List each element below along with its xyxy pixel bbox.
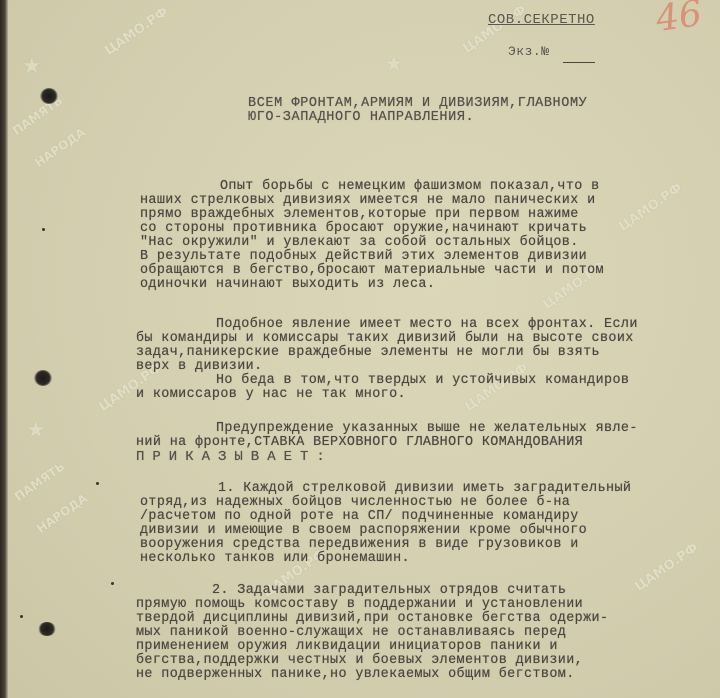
title-line: ВСЕМ ФРОНТАМ,АРМИЯМ И ДИВИЗИЯМ,ГЛАВНОМУ — [248, 97, 587, 111]
paragraph1-line: наших стрелковых дивизиях имеется не мал… — [140, 194, 596, 208]
item2-line: применением оружия ликвидации инициаторо… — [136, 640, 558, 654]
punch-hole — [40, 88, 58, 104]
copy-number-blank — [563, 62, 595, 63]
paragraph1-line: В результате подобных действий этих элем… — [140, 250, 587, 264]
paragraph1-line: обращаются в бегство,бросают материальны… — [140, 264, 604, 278]
item2-line: твердой дисциплины дивизий,при остановке… — [136, 612, 608, 626]
watermark-pamyat-naroda: ПАМЯТЬ НАРОДА — [0, 439, 105, 558]
title-line: ЮГО-ЗАПАДНОГО НАПРАВЛЕНИЯ. — [248, 111, 474, 125]
watermark-camo: ЦАМО.РФ — [616, 180, 685, 234]
item1-line: дивизии и имеющие в своем распоряжении к… — [140, 524, 587, 538]
copy-number-label: Экз.№ — [508, 44, 550, 59]
scan-left-edge — [0, 0, 8, 698]
star-icon: ★ — [384, 52, 404, 77]
star-icon: ★ — [26, 418, 46, 443]
document-page: ЦАМО.РФ ЦАМО.РФ ЦАМО.РФ ЦАМО.РФ ЦАМО.РФ … — [8, 0, 720, 698]
item2-line: 2. Задачами заградительных отрядов счита… — [212, 584, 566, 598]
watermark-camo: ЦАМО.РФ — [102, 4, 171, 58]
paragraph1-line: со стороны противника бросают оружие,нач… — [140, 222, 587, 236]
item1-line: 1. Каждой стрелковой дивизии иметь загра… — [218, 482, 631, 496]
item1-line: отряд,из надежных бойцов численностью не… — [140, 496, 570, 510]
paragraph1-line: прямо враждебных элементов,которые при п… — [140, 208, 579, 222]
speck — [20, 615, 23, 618]
item2-line: бегства,поддержки честных и боевых элеме… — [136, 654, 583, 668]
punch-hole — [34, 370, 52, 386]
paragraph2-line: задач,паникерские враждебные элементы не… — [136, 346, 600, 360]
paragraph4-line: ний на фронте,СТАВКА ВЕРХОВНОГО ГЛАВНОГО… — [136, 436, 583, 450]
item1-line: вооружения средства передвижения в виде … — [140, 538, 579, 552]
paragraph3-line: и комиссаров у нас не так много. — [136, 388, 406, 402]
item1-line: /расчетом по одной роте на СП/ подчиненн… — [140, 510, 579, 524]
speck — [42, 228, 45, 231]
paragraph3-line: Но беда в том,что твердых и устойчивых к… — [216, 374, 629, 388]
paragraph2-line: бы командиры и комиссары таких дивизий б… — [136, 332, 634, 346]
paragraph4-line: Предупреждение указанных выше не желател… — [216, 422, 638, 436]
item2-line: не подверженных панике,но увлекаемых общ… — [136, 668, 575, 682]
speck — [111, 582, 114, 585]
item2-line: прямую помощь комсоставу в поддержании и… — [136, 598, 583, 612]
classification-stamp: СОВ.СЕКРЕТНО — [488, 12, 595, 28]
paragraph2-line: Подобное явление имеет место на всех фро… — [216, 318, 638, 332]
paragraph1-line: Опыт борьбы с немецким фашизмом показал,… — [220, 180, 600, 194]
paragraph1-line: одиночки начинают выходить из леса. — [140, 278, 435, 292]
watermark-camo: ЦАМО.РФ — [632, 540, 701, 594]
paragraph1-line: "Нас окружили" и увлекают за собой остал… — [140, 236, 579, 250]
star-icon: ★ — [22, 54, 42, 79]
paragraph2-line: верх в дивизии. — [136, 360, 263, 374]
sheet-number-handwritten: 46 — [653, 0, 704, 40]
speck — [96, 482, 99, 485]
punch-hole — [38, 622, 56, 636]
item2-line: мых паникой военно-служащих не останавли… — [136, 626, 566, 640]
order-heading: ПРИКАЗЫВАЕТ: — [136, 450, 333, 464]
item1-line: несколько танков или бронемашин. — [140, 552, 410, 566]
